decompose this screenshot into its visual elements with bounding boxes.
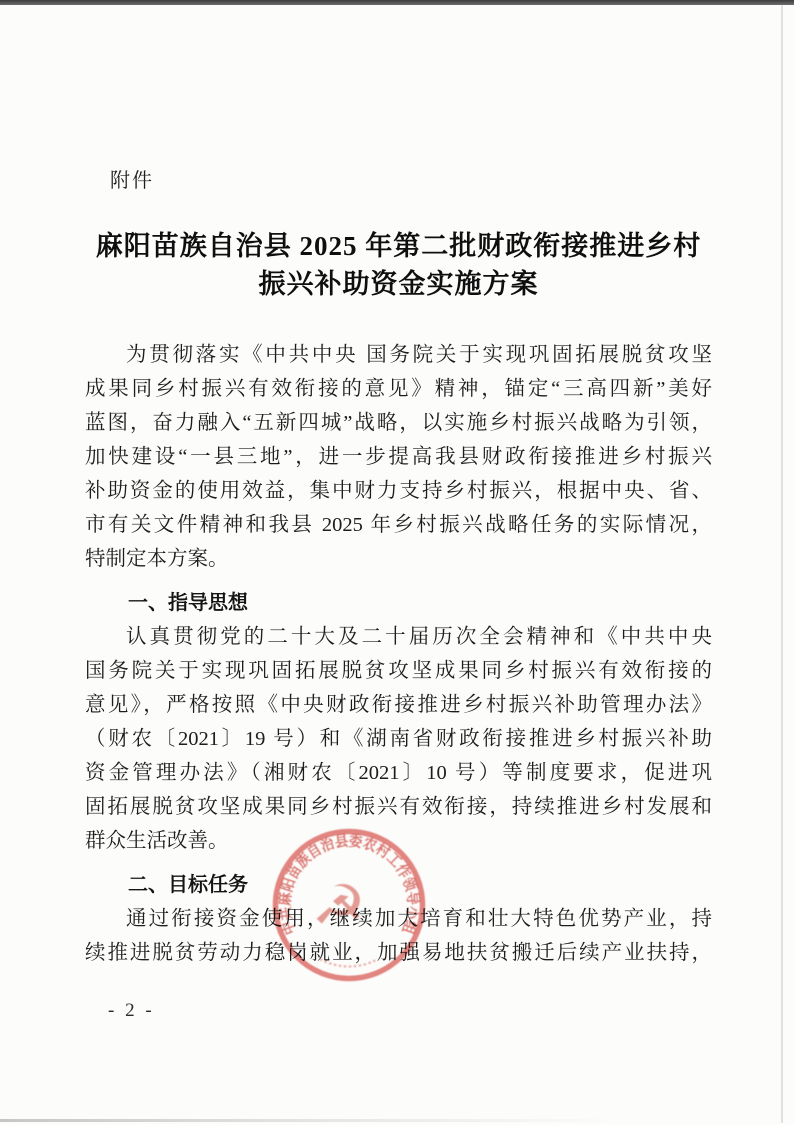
text-line: 市有关文件精神和我县 2025 年乡村振兴战略任务的实际情况， [85, 508, 712, 542]
text-line: 通过衔接资金使用，继续加大培育和壮大特色优势产业，持 [85, 902, 712, 936]
text-line: 成果同乡村振兴有效衔接的意见》精神，锚定“三高四新”美好 [85, 372, 712, 406]
text-line: 续推进脱贫劳动力稳岗就业，加强易地扶贫搬迁后续产业扶持， [85, 936, 712, 970]
text-line: 为贯彻落实《中共中央 国务院关于实现巩固拓展脱贫攻坚 [85, 338, 712, 372]
title-line-2: 振兴补助资金实施方案 [85, 265, 712, 303]
text-line: （财农〔2021〕19 号）和《湖南省财政衔接推进乡村振兴补助 [85, 722, 712, 756]
page-number: - 2 - [108, 1000, 155, 1022]
text-line: 特制定本方案。 [85, 542, 712, 576]
text-line: 资金管理办法》（湘财农〔2021〕10 号）等制度要求，促进巩 [85, 756, 712, 790]
text-line: 国务院关于实现巩固拓展脱贫攻坚成果同乡村振兴有效衔接的 [85, 654, 712, 688]
scan-top-edge-artifact [0, 0, 794, 5]
title-line-1: 麻阳苗族自治县 2025 年第二批财政衔接推进乡村 [85, 227, 712, 265]
text-line: 蓝图，奋力融入“五新四城”战略，以实施乡村振兴战略为引领， [85, 406, 712, 440]
text-line: 认真贯彻党的二十大及二十届历次全会精神和《中共中央 [85, 620, 712, 654]
section-heading-2: 二、目标任务 [85, 868, 712, 902]
attachment-label: 附件 [110, 164, 154, 193]
text-line: 群众生活改善。 [85, 824, 712, 858]
text-line: 加快建设“一县三地”，进一步提高我县财政衔接推进乡村振兴 [85, 440, 712, 474]
section-heading-1: 一、指导思想 [85, 586, 712, 620]
text-line: 意见》，严格按照《中央财政衔接推进乡村振兴补助管理办法》 [85, 688, 712, 722]
document-body: 为贯彻落实《中共中央 国务院关于实现巩固拓展脱贫攻坚 成果同乡村振兴有效衔接的意… [85, 338, 712, 970]
text-line: 固拓展脱贫攻坚成果同乡村振兴有效衔接，持续推进乡村发展和 [85, 790, 712, 824]
scanned-document-page: 附件 麻阳苗族自治县 2025 年第二批财政衔接推进乡村 振兴补助资金实施方案 … [0, 0, 794, 1125]
text-line: 补助资金的使用效益，集中财力支持乡村振兴，根据中央、省、 [85, 474, 712, 508]
scan-bottom-edge-artifact [0, 1119, 620, 1122]
scan-right-edge-artifact [781, 5, 783, 1123]
document-title: 麻阳苗族自治县 2025 年第二批财政衔接推进乡村 振兴补助资金实施方案 [85, 227, 712, 303]
